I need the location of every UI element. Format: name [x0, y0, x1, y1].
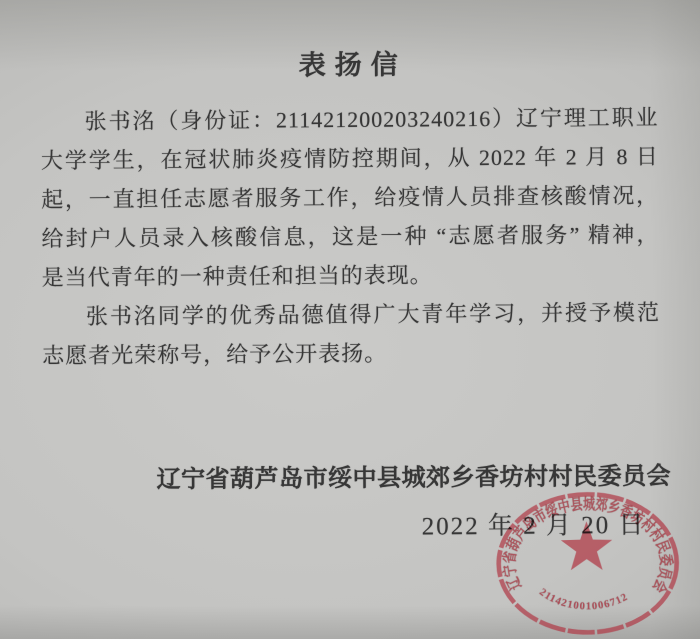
body-line: 志愿者光荣称号，给予公开表扬。: [42, 332, 660, 375]
letter-body: 张书洺（身份证：211421200203240216）辽宁理工职业 大学学生，在…: [0, 98, 700, 376]
seal-number: 211421001006712: [537, 586, 630, 612]
paragraph: 张书洺同学的优秀品德值得广大青年学习，并授予模范 志愿者光荣称号，给予公开表扬。: [42, 293, 661, 375]
body-line: 大学学生，在冠状肺炎疫情防控期间，从 2022 年 2 月 8 日: [41, 137, 659, 180]
official-seal: 辽宁省葫芦岛市绥中县城郊乡香坊村村民委员会 211421001006712: [487, 481, 693, 638]
commendation-letter-photo: 表扬信 张书洺（身份证：211421200203240216）辽宁理工职业 大学…: [0, 0, 700, 639]
svg-text:211421001006712: 211421001006712: [537, 586, 630, 612]
seal-star-icon: [561, 521, 613, 570]
body-line: 张书洺（身份证：211421200203240216）辽宁理工职业: [40, 98, 658, 141]
paragraph: 张书洺（身份证：211421200203240216）辽宁理工职业 大学学生，在…: [40, 98, 659, 297]
body-line: 给封户人员录入核酸信息，这是一种 “志愿者服务” 精神，: [41, 215, 659, 258]
body-line: 张书洺同学的优秀品德值得广大青年学习，并授予模范: [42, 293, 660, 336]
letter-title: 表扬信: [0, 0, 698, 84]
body-line: 是当代青年的一种责任和担当的表现。: [42, 254, 660, 297]
body-line: 起，一直担任志愿者服务工作，给疫情人员排查核酸情况，: [41, 176, 659, 219]
